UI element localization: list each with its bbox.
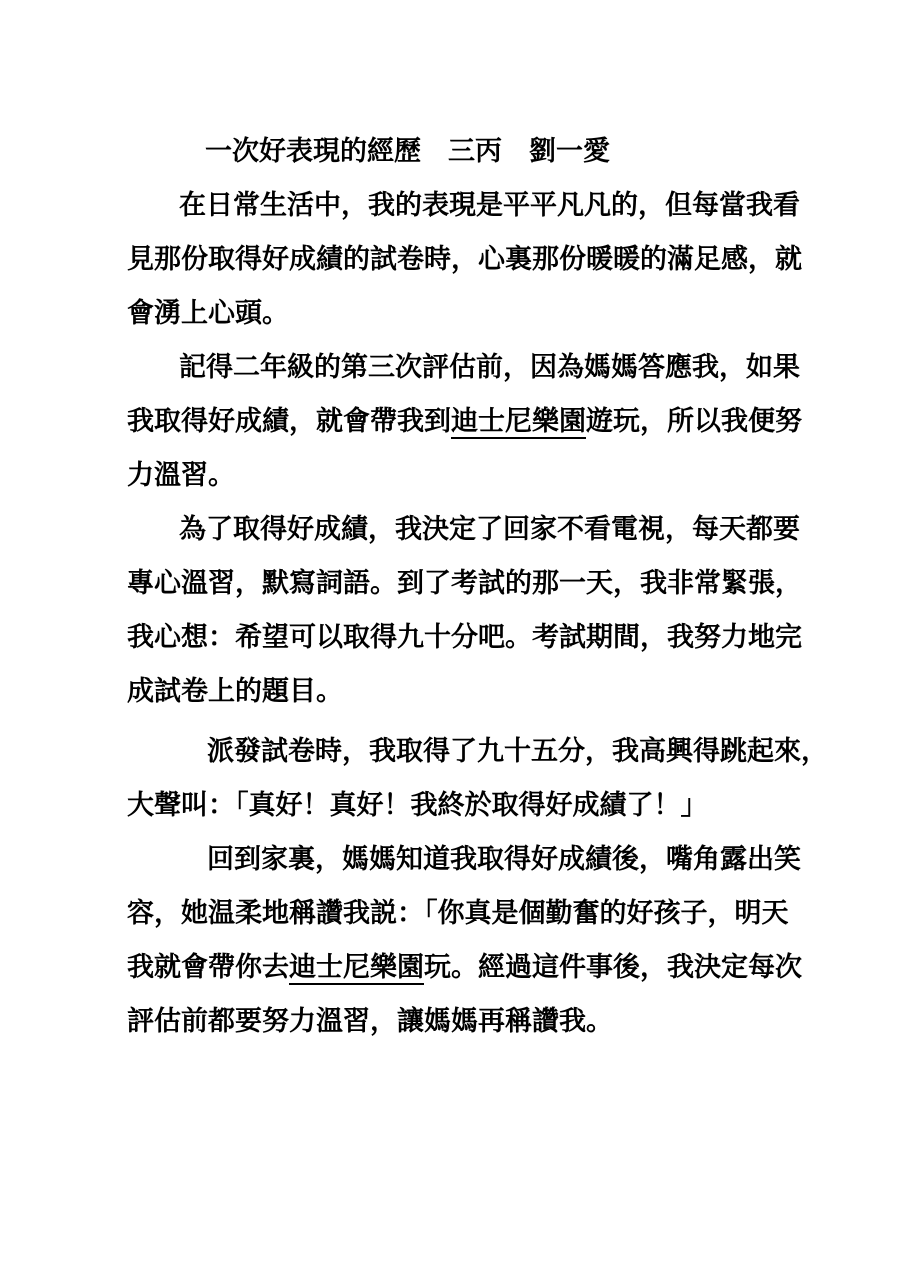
essay-line: 為了取得好成績，我決定了回家不看電視，每天都要 xyxy=(127,502,827,556)
essay-line: 見那份取得好成績的試卷時，心裏那份暖暖的滿足感，就 xyxy=(127,232,827,286)
disneyland-underlined-text: 迪士尼樂園 xyxy=(289,952,424,985)
essay-line-text: 力溫習。 xyxy=(127,460,235,490)
essay-line-text: 在日常生活中，我的表現是平平凡凡的，但每當我看 xyxy=(179,190,800,220)
essay-line-text: 玩。經過這件事後，我決定每次 xyxy=(424,952,802,982)
essay-line-text: 為了取得好成績，我決定了回家不看電視，每天都要 xyxy=(179,514,800,544)
essay-document: 一次好表現的經歷 三丙 劉一愛 在日常生活中，我的表現是平平凡凡的，但每當我看 … xyxy=(127,124,827,1048)
essay-line: 大聲叫：「真好！真好！我終於取得好成績了！」 xyxy=(127,778,827,832)
essay-line: 我取得好成績，就會帶我到迪士尼樂園遊玩，所以我便努 xyxy=(127,394,827,448)
essay-line: 成試卷上的題目。 xyxy=(127,664,827,718)
essay-line: 回到家裏，媽媽知道我取得好成績後，嘴角露出笑 xyxy=(127,832,827,886)
essay-line-text: 大聲叫：「真好！真好！我終於取得好成績了！」 xyxy=(127,790,708,820)
essay-line-text: 容，她温柔地稱讚我説：「你真是個勤奮的好孩子，明天 xyxy=(127,898,789,928)
essay-line: 記得二年級的第三次評估前，因為媽媽答應我，如果 xyxy=(127,340,827,394)
essay-line: 專心溫習，默寫詞語。到了考試的那一天，我非常緊張， xyxy=(127,556,827,610)
essay-line-text: 專心溫習，默寫詞語。到了考試的那一天，我非常緊張， xyxy=(127,568,802,598)
essay-line: 容，她温柔地稱讚我説：「你真是個勤奮的好孩子，明天 xyxy=(127,886,827,940)
essay-line: 力溫習。 xyxy=(127,448,827,502)
essay-line-text: 回到家裏，媽媽知道我取得好成績後，嘴角露出笑 xyxy=(207,844,801,874)
essay-line-text: 見那份取得好成績的試卷時，心裏那份暖暖的滿足感，就 xyxy=(127,244,802,274)
essay-line: 評估前都要努力溫習，讓媽媽再稱讚我。 xyxy=(127,994,827,1048)
essay-line-text: 我就會帶你去 xyxy=(127,952,289,982)
essay-line: 我就會帶你去迪士尼樂園玩。經過這件事後，我決定每次 xyxy=(127,940,827,994)
essay-line-text: 評估前都要努力溫習，讓媽媽再稱讚我。 xyxy=(127,1006,613,1036)
essay-title: 一次好表現的經歷 三丙 劉一愛 xyxy=(127,124,827,178)
essay-title-text: 一次好表現的經歷 三丙 劉一愛 xyxy=(205,136,610,166)
page-background: { "page": { "background_color": "#ffffff… xyxy=(0,0,905,1280)
essay-line-text: 派發試卷時，我取得了九十五分，我高興得跳起來， xyxy=(207,736,828,766)
essay-line-text: 記得二年級的第三次評估前，因為媽媽答應我，如果 xyxy=(179,352,800,382)
essay-line-text: 會湧上心頭。 xyxy=(127,298,289,328)
essay-line-text: 我心想：希望可以取得九十分吧。考試期間，我努力地完 xyxy=(127,622,802,652)
essay-line: 在日常生活中，我的表現是平平凡凡的，但每當我看 xyxy=(127,178,827,232)
essay-line: 我心想：希望可以取得九十分吧。考試期間，我努力地完 xyxy=(127,610,827,664)
essay-line: 派發試卷時，我取得了九十五分，我高興得跳起來， xyxy=(127,724,827,778)
essay-line-text: 我取得好成績，就會帶我到 xyxy=(127,406,451,436)
essay-line: 會湧上心頭。 xyxy=(127,286,827,340)
essay-line-text: 成試卷上的題目。 xyxy=(127,676,343,706)
disneyland-underlined-text: 迪士尼樂園 xyxy=(451,406,586,439)
essay-line-text: 遊玩，所以我便努 xyxy=(586,406,802,436)
